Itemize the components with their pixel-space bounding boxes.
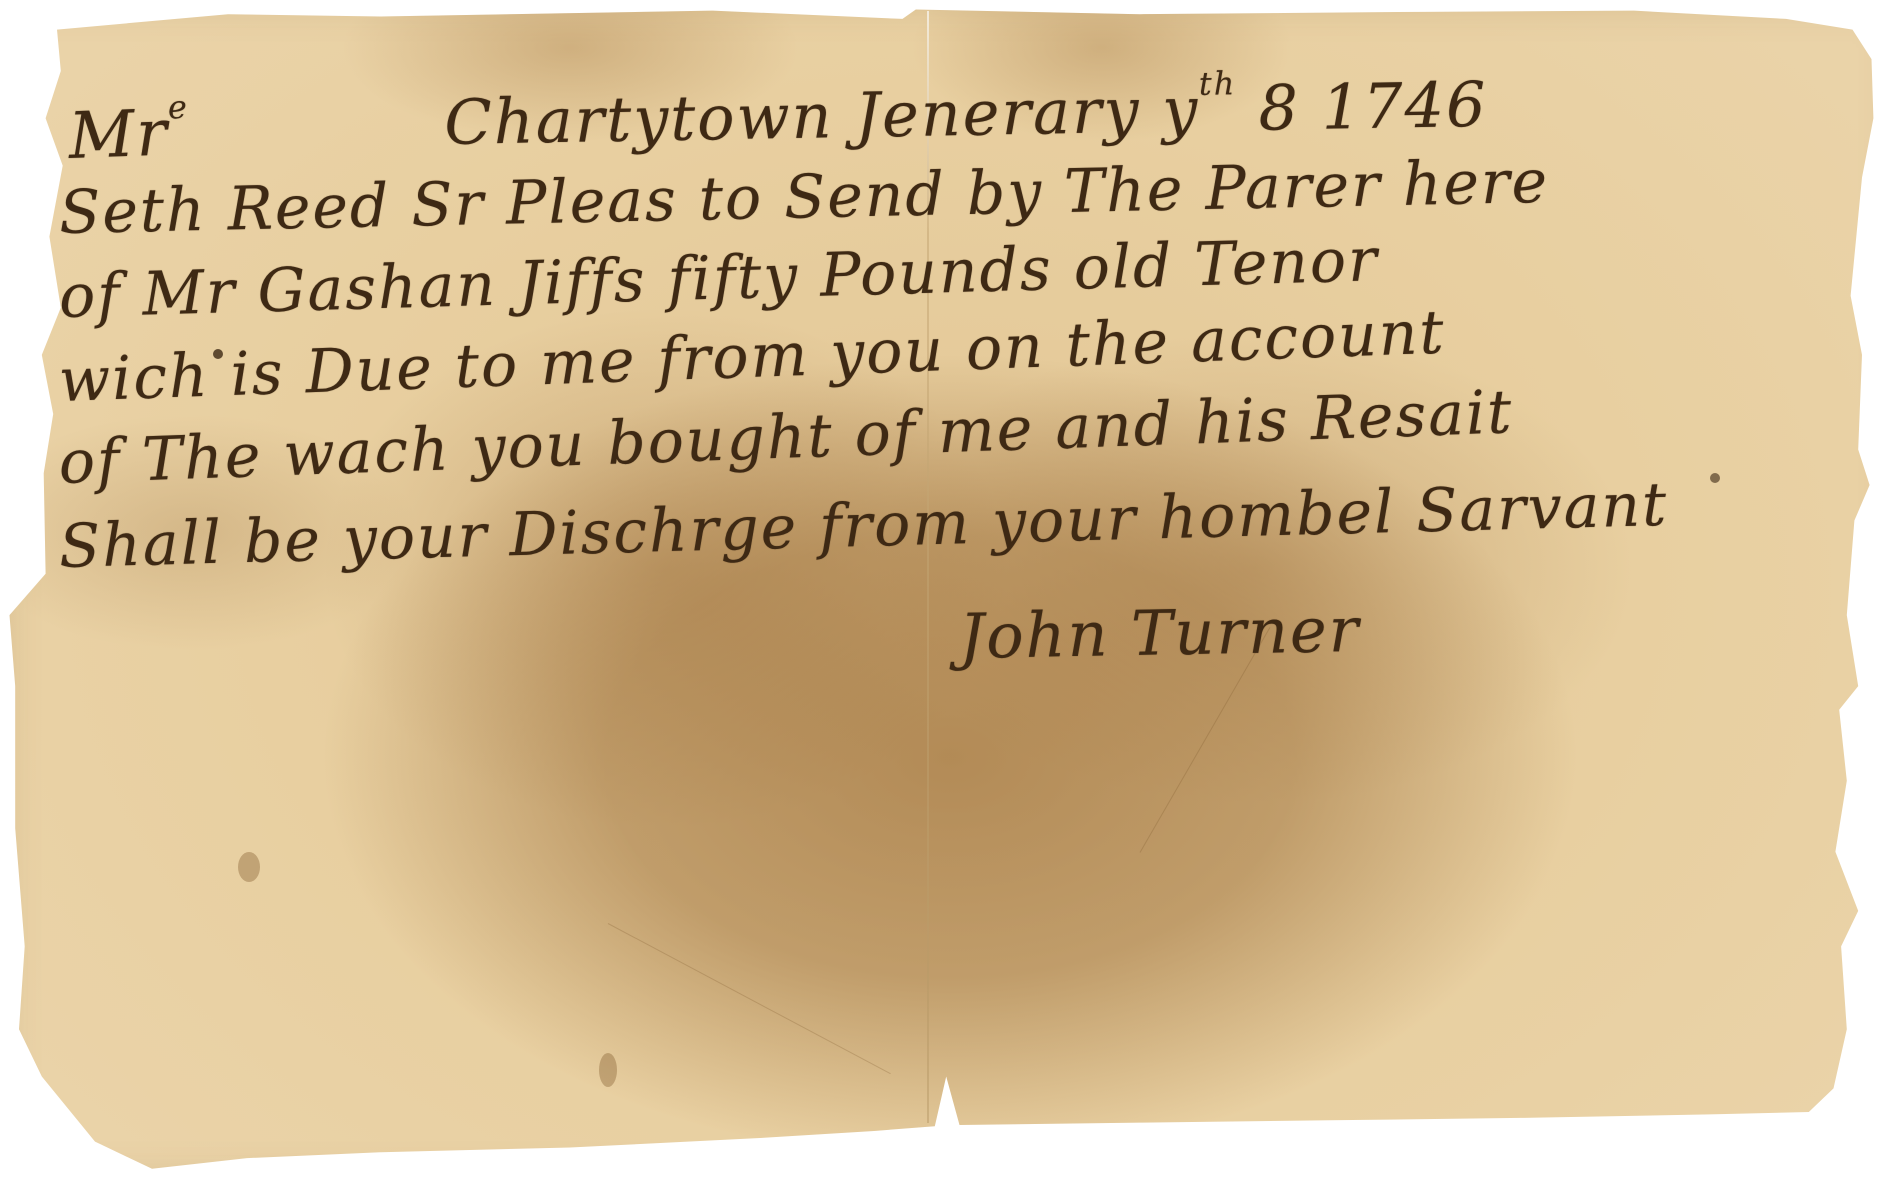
salutation-superscript: e: [167, 88, 189, 127]
salutation: Mre: [67, 88, 191, 174]
day: 8: [1258, 71, 1301, 145]
stain-spot: [1710, 473, 1720, 483]
year: 1746: [1321, 68, 1488, 144]
stain-spot: [599, 1053, 617, 1087]
signature: John Turner: [959, 593, 1361, 673]
day-prefix: y: [1162, 73, 1200, 147]
paper-crease: [608, 923, 891, 1074]
place: Chartytown: [444, 79, 834, 159]
day-superscript: th: [1199, 64, 1237, 103]
month: Jenerary: [855, 74, 1142, 152]
salutation-text: Mr: [67, 97, 170, 174]
document-scan: Mre Chartytown Jenerary yth 8 1746 Seth …: [0, 0, 1900, 1183]
stain-spot: [238, 852, 260, 882]
